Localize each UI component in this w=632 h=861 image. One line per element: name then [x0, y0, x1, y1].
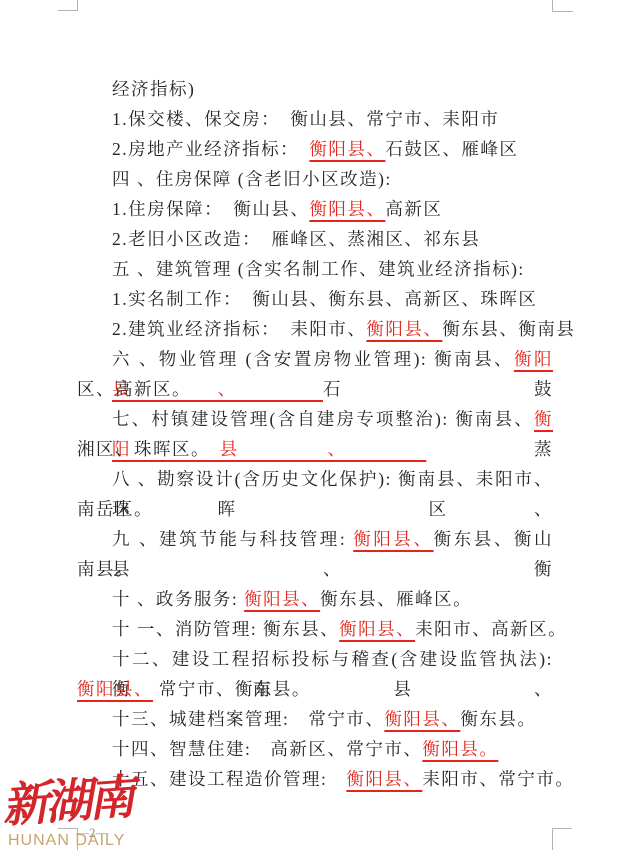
text-line: 十 、政务服务: 衡阳县、衡东县、雁峰区。 [77, 584, 553, 614]
text-line: 九 、建筑节能与科技管理: 衡阳县、衡东县、衡山县、衡 [77, 524, 553, 554]
text-line: 六 、物业管理 (含安置房物业管理): 衡南县、衡阳县、石 鼓 [77, 344, 553, 374]
body-text: 高新区 [385, 199, 442, 219]
body-text: 十四、智慧住建: 高新区、常宁市、 [112, 739, 422, 759]
body-text: 四 、住房保障 (含老旧小区改造): [112, 169, 392, 189]
text-line: 1.实名制工作： 衡山县、衡东县、高新区、珠晖区 [77, 284, 553, 314]
text-line: 1.住房保障： 衡山县、衡阳县、高新区 [77, 194, 553, 224]
text-line: 十三、城建档案管理: 常宁市、衡阳县、衡东县。 [77, 704, 553, 734]
body-text: 南县。 [77, 559, 134, 579]
body-text: 2.房地产业经济指标： [112, 139, 309, 159]
body-text: 湘区、珠晖区。 [77, 439, 210, 459]
text-line: 2.建筑业经济指标： 耒阳市、衡阳县、衡东县、衡南县 [77, 314, 553, 344]
text-line: 1.保交楼、保交房： 衡山县、常宁市、耒阳市 [77, 104, 553, 134]
text-line: 2.房地产业经济指标： 衡阳县、石鼓区、雁峰区 [77, 134, 553, 164]
red-underlined-text: 衡阳县、 [366, 319, 442, 339]
text-line: 十四、智慧住建: 高新区、常宁市、衡阳县。 [77, 734, 553, 764]
text-boundary-mark-bottom-left [58, 828, 78, 850]
body-text: 十三、城建档案管理: 常宁市、 [112, 709, 384, 729]
body-text: 五 、建筑管理 (含实名制工作、建筑业经济指标): [112, 259, 525, 279]
body-text: 1.实名制工作： 衡山县、衡东县、高新区、珠晖区 [112, 289, 537, 309]
body-text: 七、村镇建设管理(含自建房专项整治): 衡南县、 [112, 409, 534, 429]
text-boundary-mark-top-right [552, 0, 573, 12]
body-text: 八 、勘察设计(含历史文化保护): 衡南县、耒阳市、珠晖 区、 [112, 469, 553, 519]
body-text: 衡东县、雁峰区。 [320, 589, 472, 609]
body-text: 蒸 [426, 439, 553, 459]
text-line: 十二、建设工程招标投标与稽查(含建设监管执法): 衡南县、 [77, 644, 553, 674]
red-underlined-text: 衡阳县、 [244, 589, 320, 609]
body-text: 2.老旧小区改造： 雁峰区、蒸湘区、祁东县 [112, 229, 480, 249]
body-text: 十 、政务服务: [112, 589, 244, 609]
red-underlined-text: 衡阳县、 [77, 679, 153, 699]
document-body: 经济指标)1.保交楼、保交房： 衡山县、常宁市、耒阳市2.房地产业经济指标： 衡… [77, 74, 553, 794]
red-underlined-text: 衡阳县。 [422, 739, 498, 759]
red-underlined-text: 衡阳县、 [346, 769, 422, 789]
text-line: 七、村镇建设管理(含自建房专项整治): 衡南县、衡阳县、 蒸 [77, 404, 553, 434]
body-text: 十 一、消防管理: 衡东县、 [112, 619, 339, 639]
body-text: 十五、建设工程造价管理: [112, 769, 346, 789]
text-line: 十 一、消防管理: 衡东县、衡阳县、耒阳市、高新区。 [77, 614, 553, 644]
document-page: { "colors": { "accent_red": "#e2261c", "… [0, 0, 632, 861]
red-underlined-text: 衡阳县、 [384, 709, 460, 729]
body-text: 衡东县、衡南县 [442, 319, 575, 339]
body-text: 1.住房保障： 衡山县、 [112, 199, 309, 219]
text-line: 八 、勘察设计(含历史文化保护): 衡南县、耒阳市、珠晖 区、 [77, 464, 553, 494]
body-text: 石鼓区、雁峰区 [385, 139, 518, 159]
body-text: 2.建筑业经济指标： 耒阳市、 [112, 319, 366, 339]
text-line: 经济指标) [77, 74, 553, 104]
body-text: 石 鼓 [323, 379, 553, 399]
red-underlined-text: 衡阳县、 [309, 199, 385, 219]
body-text: 常宁市、衡东县。 [153, 679, 311, 699]
text-boundary-mark-bottom-right [552, 828, 572, 850]
text-line: 四 、住房保障 (含老旧小区改造): [77, 164, 553, 194]
body-text: 经济指标) [112, 79, 195, 99]
red-underlined-text: 衡阳县、 [353, 529, 433, 549]
body-text: 1.保交楼、保交房： 衡山县、常宁市、耒阳市 [112, 109, 499, 129]
body-text: 九 、建筑节能与科技管理: [112, 529, 353, 549]
body-text: 衡东县。 [460, 709, 536, 729]
red-underlined-text: 衡阳县、 [309, 139, 385, 159]
body-text: 耒阳市、常宁市。 [422, 769, 574, 789]
body-text: 南岳区。 [77, 499, 153, 519]
text-line: 五 、建筑管理 (含实名制工作、建筑业经济指标): [77, 254, 553, 284]
body-text: 六 、物业管理 (含安置房物业管理): 衡南县、 [112, 349, 514, 369]
text-line: 2.老旧小区改造： 雁峰区、蒸湘区、祁东县 [77, 224, 553, 254]
body-text: 耒阳市、高新区。 [415, 619, 567, 639]
red-underlined-text: 衡阳县、 [339, 619, 415, 639]
text-boundary-mark-top-left [58, 0, 78, 11]
body-text: 区、高新区。 [77, 379, 191, 399]
hunan-daily-logo-chinese: 新湖南 [1, 775, 133, 831]
text-line: 十五、建设工程造价管理: 衡阳县、耒阳市、常宁市。 [77, 764, 553, 794]
